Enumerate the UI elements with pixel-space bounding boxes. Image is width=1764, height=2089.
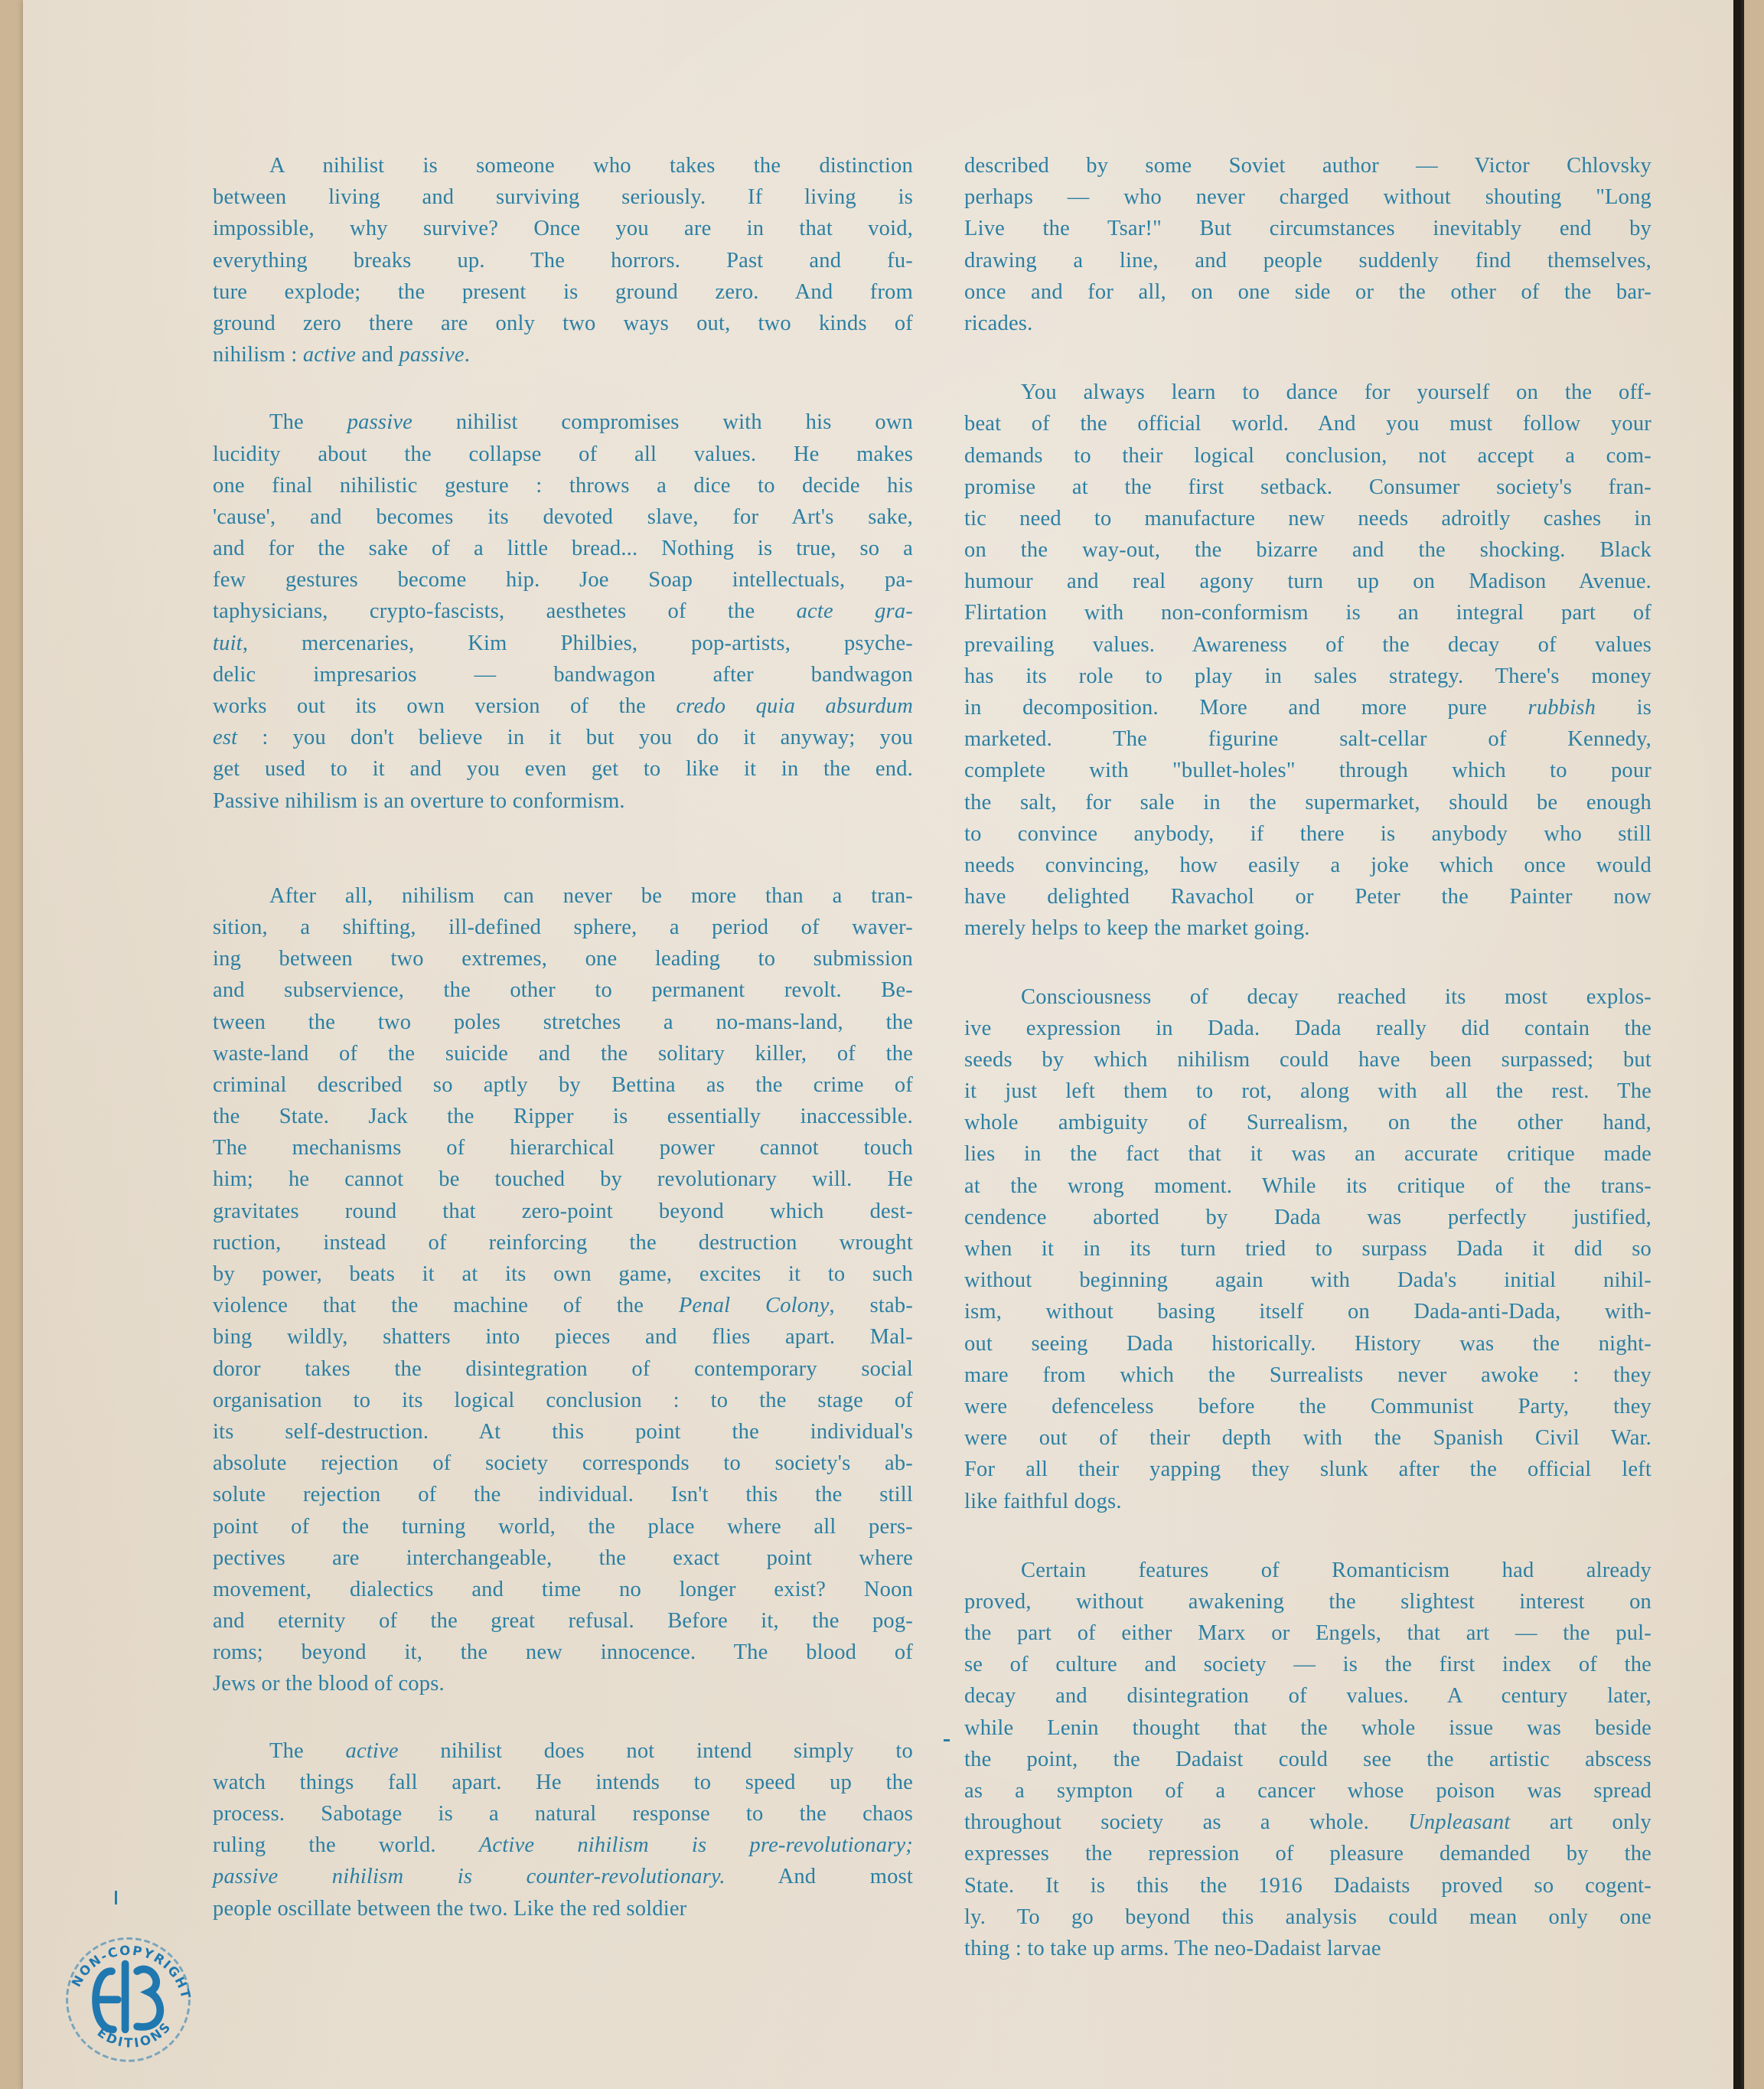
text-line: mare from which the Surrealists never aw… (964, 1359, 1652, 1391)
text-line: The active nihilist does not intend simp… (213, 1735, 913, 1767)
text-line: Live the Tsar!" But circumstances inevit… (964, 213, 1652, 244)
text-line: Passive nihilism is an overture to confo… (213, 785, 913, 817)
text-line: have delighted Ravachol or Peter the Pai… (964, 881, 1652, 912)
text-line: decay and disintegration of values. A ce… (964, 1680, 1652, 1712)
text-line: bing wildly, shatters into pieces and fl… (213, 1321, 913, 1353)
text-line: tuit, mercenaries, Kim Philbies, pop-art… (213, 628, 913, 659)
text-line: sition, a shifting, ill-defined sphere, … (213, 912, 913, 943)
text-line: ture explode; the present is ground zero… (213, 276, 913, 308)
text-line: the State. Jack the Ripper is essentiall… (213, 1101, 913, 1132)
paragraph: described by some Soviet author — Victor… (964, 150, 1652, 339)
text-line: like faithful dogs. (964, 1486, 1652, 1517)
text-line: The mechanisms of hierarchical power can… (213, 1132, 913, 1164)
text-line: everything breaks up. The horrors. Past … (213, 245, 913, 276)
left-column: A nihilist is someone who takes the dist… (213, 150, 913, 1924)
text-line: ruling the world. Active nihilism is pre… (213, 1830, 913, 1861)
non-copyright-stamp-icon: NON-COPYRIGHT ÉDITIONS (54, 1918, 203, 2067)
paragraph: A nihilist is someone who takes the dist… (213, 150, 913, 370)
text-line: waste-land of the suicide and the solita… (213, 1038, 913, 1069)
text-line: in decomposition. More and more pure rub… (964, 692, 1652, 723)
text-line: were out of their depth with the Spanish… (964, 1422, 1652, 1454)
text-line: violence that the machine of the Penal C… (213, 1290, 913, 1321)
text-line: tween the two poles stretches a no-mans-… (213, 1007, 913, 1038)
text-line: After all, nihilism can never be more th… (213, 880, 913, 912)
text-line: ism, without basing itself on Dada-anti-… (964, 1296, 1652, 1327)
text-line: ground zero there are only two ways out,… (213, 308, 913, 339)
text-line: drawing a line, and people suddenly find… (964, 245, 1652, 276)
text-line: has its role to play in sales strategy. … (964, 661, 1652, 692)
paragraph: Consciousness of decay reached its most … (964, 981, 1652, 1517)
text-line: taphysicians, crypto-fascists, aesthetes… (213, 596, 913, 627)
text-line: roms; beyond it, the new innocence. The … (213, 1637, 913, 1668)
text-line: to convince anybody, if there is anybody… (964, 818, 1652, 850)
text-line: solute rejection of the individual. Isn'… (213, 1479, 913, 1510)
text-line: humour and real agony turn up on Madison… (964, 566, 1652, 597)
text-line: movement, dialectics and time no longer … (213, 1574, 913, 1605)
paragraph: After all, nihilism can never be more th… (213, 880, 913, 1700)
text-line: ing between two extremes, one leading to… (213, 943, 913, 974)
text-line: watch things fall apart. He intends to s… (213, 1767, 913, 1798)
text-line: prevailing values. Awareness of the deca… (964, 629, 1652, 661)
text-line: get used to it and you even get to like … (213, 753, 913, 785)
text-line: ly. To go beyond this analysis could mea… (964, 1901, 1652, 1933)
text-line: Consciousness of decay reached its most … (964, 981, 1652, 1013)
text-line: as a sympton of a cancer whose poison wa… (964, 1775, 1652, 1807)
text-line: nihilism : active and passive. (213, 339, 913, 370)
text-line: one final nihilistic gesture : throws a … (213, 470, 913, 501)
text-line: 'cause', and becomes its devoted slave, … (213, 501, 913, 533)
text-line: and for the sake of a little bread... No… (213, 533, 913, 564)
text-line: people oscillate between the two. Like t… (213, 1893, 913, 1924)
text-line: You always learn to dance for yourself o… (964, 377, 1652, 408)
text-line: A nihilist is someone who takes the dist… (213, 150, 913, 181)
document-page: A nihilist is someone who takes the dist… (23, 0, 1741, 2089)
text-line: ive expression in Dada. Dada really did … (964, 1013, 1652, 1044)
text-line: beat of the official world. And you must… (964, 408, 1652, 439)
text-line: expresses the repression of pleasure dem… (964, 1838, 1652, 1869)
text-line: est : you don't believe in it but you do… (213, 722, 913, 753)
text-line: complete with "bullet-holes" through whi… (964, 755, 1652, 786)
text-line: the point, the Dadaist could see the art… (964, 1744, 1652, 1775)
text-line: by power, beats it at its own game, exci… (213, 1258, 913, 1290)
text-line: without beginning again with Dada's init… (964, 1265, 1652, 1296)
page-edge-shadow (1733, 0, 1741, 2089)
text-line: doror takes the disintegration of contem… (213, 1353, 913, 1385)
text-line: between living and surviving seriously. … (213, 181, 913, 213)
text-line: se of culture and society — is the first… (964, 1649, 1652, 1680)
text-line: the part of either Marx or Engels, that … (964, 1617, 1652, 1649)
text-line: The passive nihilist compromises with hi… (213, 406, 913, 438)
text-line: lies in the fact that it was an accurate… (964, 1138, 1652, 1170)
text-line: passive nihilism is counter-revolutionar… (213, 1861, 913, 1892)
text-line: marketed. The figurine salt-cellar of Ke… (964, 723, 1652, 755)
text-line: impossible, why survive? Once you are in… (213, 213, 913, 244)
text-line: promise at the first setback. Consumer s… (964, 472, 1652, 503)
text-line: thing : to take up arms. The neo-Dadaist… (964, 1933, 1652, 1964)
text-line: Flirtation with non-conformism is an int… (964, 597, 1652, 628)
text-line: proved, without awakening the slightest … (964, 1586, 1652, 1617)
text-line: it just left them to rot, along with all… (964, 1076, 1652, 1107)
text-line: throughout society as a whole. Unpleasan… (964, 1807, 1652, 1838)
text-line: Jews or the blood of cops. (213, 1668, 913, 1699)
text-line: absolute rejection of society correspond… (213, 1448, 913, 1479)
text-line: needs convincing, how easily a joke whic… (964, 850, 1652, 881)
stamp-graphic: NON-COPYRIGHT ÉDITIONS (54, 1918, 203, 2067)
text-line: on the way-out, the bizarre and the shoc… (964, 534, 1652, 566)
text-line: organisation to its logical conclusion :… (213, 1385, 913, 1416)
text-line: ricades. (964, 308, 1652, 339)
stamp-ring-text: NON-COPYRIGHT (69, 1943, 194, 2001)
text-line: point of the turning world, the place wh… (213, 1511, 913, 1542)
text-line: seeds by which nihilism could have been … (964, 1044, 1652, 1076)
text-line: and subservience, the other to permanent… (213, 974, 913, 1006)
text-line: its self-destruction. At this point the … (213, 1416, 913, 1448)
paragraph: Certain features of Romanticism had alre… (964, 1555, 1652, 1964)
text-line: whole ambiguity of Surrealism, on the ot… (964, 1107, 1652, 1138)
text-line: described by some Soviet author — Victor… (964, 150, 1652, 181)
text-line: works out its own version of the credo q… (213, 690, 913, 722)
text-line: gravitates round that zero-point beyond … (213, 1196, 913, 1227)
text-line: and eternity of the great refusal. Befor… (213, 1605, 913, 1637)
text-line: process. Sabotage is a natural response … (213, 1798, 913, 1830)
text-line: few gestures become hip. Joe Soap intell… (213, 564, 913, 596)
text-line: pectives are interchangeable, the exact … (213, 1542, 913, 1574)
paragraph: You always learn to dance for yourself o… (964, 377, 1652, 944)
margin-dash (944, 1739, 950, 1741)
text-line: out seeing Dada historically. History wa… (964, 1328, 1652, 1359)
text-line: perhaps — who never charged without shou… (964, 181, 1652, 213)
text-line: at the wrong moment. While its critique … (964, 1170, 1652, 1202)
text-line: him; he cannot be touched by revolutiona… (213, 1164, 913, 1195)
text-line: merely helps to keep the market going. (964, 912, 1652, 944)
text-line: lucidity about the collapse of all value… (213, 439, 913, 470)
text-line: were defenceless before the Communist Pa… (964, 1391, 1652, 1422)
right-column: described by some Soviet author — Victor… (964, 150, 1652, 1964)
text-line: when it in its turn tried to surpass Dad… (964, 1233, 1652, 1265)
text-line: ruction, instead of reinforcing the dest… (213, 1227, 913, 1258)
text-line: tic need to manufacture new needs adroit… (964, 503, 1652, 534)
text-line: cendence aborted by Dada was perfectly j… (964, 1202, 1652, 1233)
text-line: demands to their logical conclusion, not… (964, 440, 1652, 472)
svg-text:NON-COPYRIGHT: NON-COPYRIGHT (69, 1943, 194, 2001)
text-line: once and for all, on one side or the oth… (964, 276, 1652, 308)
text-line: For all their yapping they slunk after t… (964, 1454, 1652, 1485)
paragraph: The active nihilist does not intend simp… (213, 1735, 913, 1924)
text-line: the salt, for sale in the supermarket, s… (964, 787, 1652, 818)
text-line: delic impresarios — bandwagon after band… (213, 659, 913, 690)
text-line: criminal described so aptly by Bettina a… (213, 1069, 913, 1101)
text-line: while Lenin thought that the whole issue… (964, 1712, 1652, 1744)
paragraph: The passive nihilist compromises with hi… (213, 406, 913, 816)
text-line: State. It is this the 1916 Dadaists prov… (964, 1870, 1652, 1901)
page-mark (115, 1891, 117, 1905)
text-line: Certain features of Romanticism had alre… (964, 1555, 1652, 1586)
